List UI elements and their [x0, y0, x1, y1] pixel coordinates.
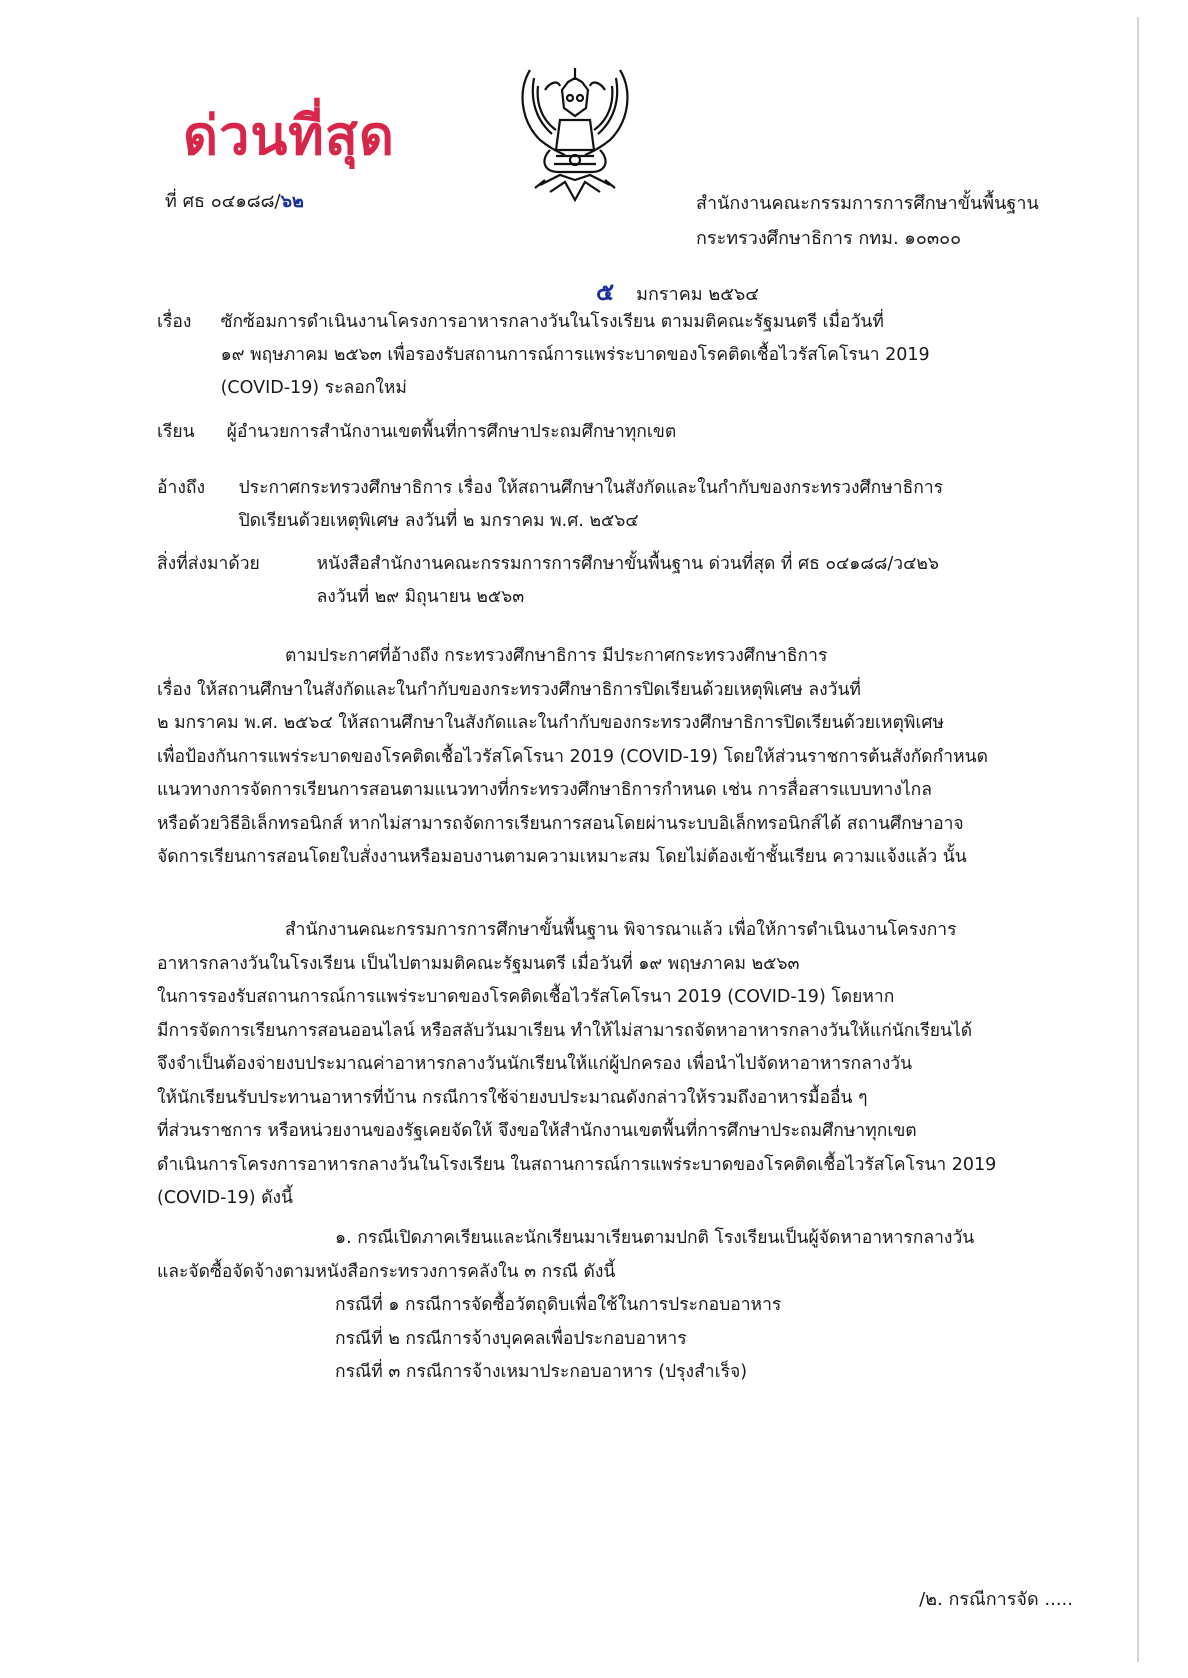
subject-field: เรื่อง ซักซ้อมการดำเนินงานโครงการอาหารกล…	[157, 306, 1072, 405]
paragraph-line: ๒ มกราคม พ.ศ. ๒๕๖๔ ให้สถานศึกษาในสังกัดแ…	[157, 707, 1072, 741]
enclosure-label: สิ่งที่ส่งมาด้วย	[157, 548, 311, 581]
paragraph-line: ในการรองรับสถานการณ์การแพร่ระบาดของโรคติ…	[157, 981, 1072, 1015]
urgency-stamp: ด่วนที่สุด	[183, 108, 395, 162]
enclosure-field: สิ่งที่ส่งมาด้วย หนังสือสำนักงานคณะกรรมก…	[157, 548, 1072, 614]
enclosure-value: หนังสือสำนักงานคณะกรรมการการศึกษาขั้นพื้…	[317, 548, 939, 614]
item-1: ๑. กรณีเปิดภาคเรียนและนักเรียนมาเรียนตาม…	[157, 1222, 1072, 1390]
enclosure-line: หนังสือสำนักงานคณะกรรมการการศึกษาขั้นพื้…	[317, 548, 939, 581]
paragraph-line: ที่ส่วนราชการ หรือหน่วยงานของรัฐเคยจัดให…	[157, 1115, 1072, 1149]
enclosure-line: ลงวันที่ ๒๙ มิถุนายน ๒๕๖๓	[317, 581, 939, 614]
recipient-label: เรียน	[157, 416, 221, 449]
paragraph-line: ดำเนินการโครงการอาหารกลางวันในโรงเรียน ใ…	[157, 1149, 1072, 1183]
continuation-note: /๒. กรณีการจัด .....	[919, 1584, 1073, 1613]
reference-value: ประกาศกระทรวงศึกษาธิการ เรื่อง ให้สถานศึ…	[239, 472, 944, 538]
date-month-year: มกราคม ๒๕๖๔	[636, 284, 759, 305]
date-day-handwritten: ๕	[596, 277, 614, 306]
paragraph-line: ให้นักเรียนรับประทานอาหารที่บ้าน กรณีการ…	[157, 1082, 1072, 1116]
subject-label: เรื่อง	[157, 306, 215, 339]
page-edge-line	[1137, 17, 1139, 1662]
subject-line: ๑๙ พฤษภาคม ๒๕๖๓ เพื่อรองรับสถานการณ์การแ…	[221, 339, 930, 372]
paragraph-line: สำนักงานคณะกรรมการการศึกษาขั้นพื้นฐาน พิ…	[157, 914, 1072, 948]
recipient-field: เรียน ผู้อำนวยการสำนักงานเขตพื้นที่การศึ…	[157, 416, 1072, 449]
org-name: สำนักงานคณะกรรมการการศึกษาขั้นพื้นฐาน	[696, 186, 1039, 221]
case-2: กรณีที่ ๒ กรณีการจ้างบุคคลเพื่อประกอบอาห…	[157, 1323, 1072, 1357]
paragraph-line: มีการจัดการเรียนการสอนออนไลน์ หรือสลับวั…	[157, 1015, 1072, 1049]
document-number-handwritten: ๖๒	[281, 191, 304, 212]
case-1: กรณีที่ ๑ กรณีการจัดซื้อวัตถุดิบเพื่อใช้…	[157, 1289, 1072, 1323]
body-paragraph-2: สำนักงานคณะกรรมการการศึกษาขั้นพื้นฐาน พิ…	[157, 914, 1072, 1216]
subject-line: ซักซ้อมการดำเนินงานโครงการอาหารกลางวันใน…	[221, 306, 930, 339]
item-line: ๑. กรณีเปิดภาคเรียนและนักเรียนมาเรียนตาม…	[157, 1222, 1072, 1256]
subject-line: (COVID-19) ระลอกใหม่	[221, 372, 930, 405]
paragraph-line: แนวทางการจัดการเรียนการสอนตามแนวทางที่กร…	[157, 774, 1072, 808]
paragraph-line: อาหารกลางวันในโรงเรียน เป็นไปตามมติคณะรั…	[157, 948, 1072, 982]
reference-label: อ้างถึง	[157, 472, 233, 505]
paragraph-line: ตามประกาศที่อ้างถึง กระทรวงศึกษาธิการ มี…	[157, 640, 1072, 674]
body-paragraph-1: ตามประกาศที่อ้างถึง กระทรวงศึกษาธิการ มี…	[157, 640, 1072, 875]
document-number-prefix: ที่ ศธ ๐๔๑๘๘/	[165, 191, 281, 212]
sender-organization: สำนักงานคณะกรรมการการศึกษาขั้นพื้นฐาน กร…	[696, 186, 1039, 256]
reference-line: ประกาศกระทรวงศึกษาธิการ เรื่อง ให้สถานศึ…	[239, 472, 944, 505]
garuda-emblem-icon	[510, 60, 640, 210]
subject-value: ซักซ้อมการดำเนินงานโครงการอาหารกลางวันใน…	[221, 306, 930, 405]
case-3: กรณีที่ ๓ กรณีการจ้างเหมาประกอบอาหาร (ปร…	[157, 1356, 1072, 1390]
document-number: ที่ ศธ ๐๔๑๘๘/๖๒	[165, 186, 304, 215]
recipient-value: ผู้อำนวยการสำนักงานเขตพื้นที่การศึกษาประ…	[227, 416, 677, 449]
item-line: และจัดซื้อจัดจ้างตามหนังสือกระทรวงการคลั…	[157, 1256, 1072, 1290]
paragraph-line: หรือด้วยวิธีอิเล็กทรอนิกส์ หากไม่สามารถจ…	[157, 808, 1072, 842]
paragraph-line: จัดการเรียนการสอนโดยใบสั่งงานหรือมอบงานต…	[157, 841, 1072, 875]
paragraph-line: เพื่อป้องกันการแพร่ระบาดของโรคติดเชื้อไว…	[157, 741, 1072, 775]
reference-field: อ้างถึง ประกาศกระทรวงศึกษาธิการ เรื่อง ใ…	[157, 472, 1072, 538]
reference-line: ปิดเรียนด้วยเหตุพิเศษ ลงวันที่ ๒ มกราคม …	[239, 505, 944, 538]
org-address: กระทรวงศึกษาธิการ กทม. ๑๐๓๐๐	[696, 221, 1039, 256]
paragraph-line: (COVID-19) ดังนี้	[157, 1182, 1072, 1216]
paragraph-line: จึงจำเป็นต้องจ่ายงบประมาณค่าอาหารกลางวัน…	[157, 1048, 1072, 1082]
paragraph-line: เรื่อง ให้สถานศึกษาในสังกัดและในกำกับของ…	[157, 674, 1072, 708]
